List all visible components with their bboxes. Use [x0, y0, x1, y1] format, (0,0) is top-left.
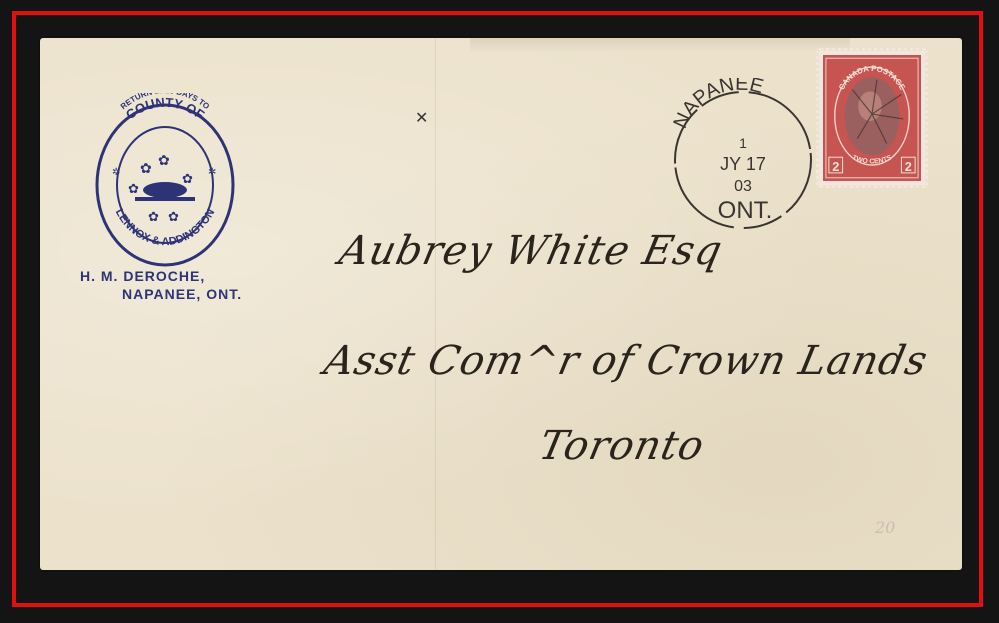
svg-text:✲: ✲ — [208, 167, 216, 178]
postmark: NAPANEE 1 JY 17 03 ONT. — [663, 78, 823, 238]
svg-text:✲: ✲ — [112, 167, 120, 178]
queen-victoria-stamp-icon: CANADA POSTAGE TWO CENTS 2 2 — [823, 55, 921, 181]
seal-icon: RETURN IN 10 DAYS TO COUNTY OF LENNOX & … — [90, 93, 240, 273]
address-line-3: Toronto — [535, 423, 709, 469]
svg-text:✿: ✿ — [128, 181, 139, 196]
address-line-1: Aubrey White Esq — [335, 228, 727, 274]
svg-text:03: 03 — [734, 178, 752, 195]
pencil-note: 20 — [875, 518, 895, 537]
svg-text:LENNOX & ADDINGTON: LENNOX & ADDINGTON — [113, 207, 218, 248]
postmark-icon: NAPANEE 1 JY 17 03 ONT. — [663, 78, 823, 238]
svg-text:✿: ✿ — [168, 209, 179, 224]
svg-text:✿: ✿ — [158, 152, 170, 168]
fold-line — [435, 38, 436, 570]
svg-text:✿: ✿ — [148, 209, 159, 224]
svg-text:JY 17: JY 17 — [720, 154, 766, 174]
svg-text:✿: ✿ — [140, 160, 152, 176]
svg-text:1: 1 — [739, 135, 747, 151]
svg-text:NAPANEE: NAPANEE — [669, 78, 765, 132]
sender-name: H. M. DEROCHE, — [80, 268, 205, 284]
svg-text:ONT.: ONT. — [718, 197, 773, 224]
svg-text:2: 2 — [832, 159, 839, 174]
county-seal: RETURN IN 10 DAYS TO COUNTY OF LENNOX & … — [90, 93, 240, 273]
envelope: ✕ RETURN IN 10 DAYS TO COUNTY OF LENNOX … — [40, 38, 962, 570]
postage-stamp: CANADA POSTAGE TWO CENTS 2 2 — [816, 48, 928, 188]
svg-text:✿: ✿ — [182, 171, 193, 186]
x-mark: ✕ — [415, 108, 428, 128]
address-line-2: Asst Com^r of Crown Lands — [320, 338, 932, 384]
sender-place: NAPANEE, ONT. — [122, 286, 242, 302]
torn-edge — [470, 38, 850, 52]
svg-text:TWO CENTS: TWO CENTS — [851, 154, 893, 165]
svg-text:2: 2 — [905, 159, 912, 174]
